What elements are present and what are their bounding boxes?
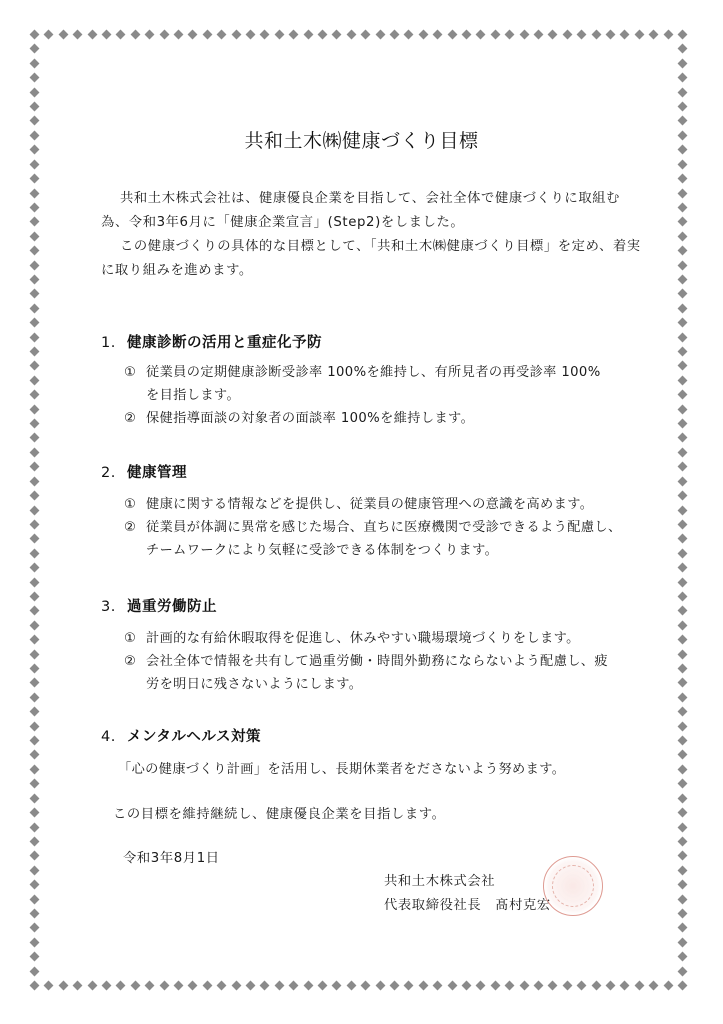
diamond-icon <box>678 736 688 746</box>
closing-statement: この目標を維持継続し、健康優良企業を目指します。 <box>113 803 445 822</box>
diamond-icon <box>462 30 472 40</box>
diamond-icon <box>30 188 40 198</box>
diamond-icon <box>548 981 558 991</box>
diamond-icon <box>418 30 428 40</box>
diamond-icon <box>591 981 601 991</box>
item-text: 会社全体で情報を共有して過重労働・時間外勤務にならないよう配慮し、疲 <box>146 654 608 669</box>
diamond-icon <box>678 649 688 659</box>
diamond-icon <box>649 30 659 40</box>
diamond-icon <box>303 30 313 40</box>
diamond-icon <box>30 966 40 976</box>
diamond-icon <box>678 909 688 919</box>
diamond-icon <box>678 102 688 112</box>
diamond-icon <box>318 981 328 991</box>
diamond-icon <box>30 822 40 832</box>
section-title: 過重労働防止 <box>127 599 217 615</box>
diamond-icon <box>346 981 356 991</box>
section-heading-4: 4.メンタルヘルス対策 <box>101 725 261 746</box>
diamond-icon <box>678 721 688 731</box>
diamond-icon <box>649 981 659 991</box>
diamond-icon <box>30 764 40 774</box>
diamond-icon <box>678 851 688 861</box>
diamond-icon <box>390 30 400 40</box>
diamond-icon <box>30 649 40 659</box>
list-item: ②会社全体で情報を共有して過重労働・時間外勤務にならないよう配慮し、疲 <box>124 650 608 669</box>
issue-date: 令和3年8月1日 <box>123 847 220 866</box>
diamond-icon <box>534 30 544 40</box>
diamond-icon <box>390 981 400 991</box>
diamond-icon <box>562 981 572 991</box>
diamond-icon <box>634 30 644 40</box>
diamond-icon <box>678 44 688 54</box>
diamond-icon <box>87 981 97 991</box>
diamond-icon <box>678 563 688 573</box>
diamond-icon <box>678 505 688 515</box>
section-title: メンタルヘルス対策 <box>127 729 261 745</box>
diamond-icon <box>447 30 457 40</box>
diamond-icon <box>260 30 270 40</box>
intro-line-2: 為、令和3年6月に「健康企業宣言」(Step2)をしました。 <box>101 211 464 230</box>
diamond-icon <box>231 30 241 40</box>
diamond-icon <box>102 30 112 40</box>
diamond-icon <box>217 981 227 991</box>
section-number: 2. <box>101 465 127 481</box>
section-number: 3. <box>101 599 127 615</box>
diamond-icon <box>30 736 40 746</box>
diamond-icon <box>678 519 688 529</box>
diamond-icon <box>505 30 515 40</box>
diamond-icon <box>73 30 83 40</box>
diamond-icon <box>30 937 40 947</box>
diamond-icon <box>289 981 299 991</box>
diamond-icon <box>476 981 486 991</box>
intro-line-4: に取り組みを進めます。 <box>101 259 253 278</box>
diamond-icon <box>678 275 688 285</box>
diamond-icon <box>620 30 630 40</box>
diamond-icon <box>678 58 688 68</box>
diamond-icon <box>30 851 40 861</box>
diamond-icon <box>678 779 688 789</box>
diamond-icon <box>30 678 40 688</box>
diamond-icon <box>44 30 54 40</box>
diamond-icon <box>30 836 40 846</box>
diamond-icon <box>634 981 644 991</box>
diamond-icon <box>30 707 40 717</box>
section-heading-1: 1.健康診断の活用と重症化予防 <box>101 331 322 352</box>
diamond-icon <box>678 202 688 212</box>
section-body: 「心の健康づくり計画」を活用し、長期休業者をださないよう努めます。 <box>118 758 565 777</box>
diamond-icon <box>30 865 40 875</box>
diamond-icon <box>678 30 688 40</box>
circled-number: ② <box>124 654 146 669</box>
diamond-icon <box>30 519 40 529</box>
list-item-continuation: 労を明日に残さないようにします。 <box>146 673 362 692</box>
diamond-icon <box>678 750 688 760</box>
diamond-icon <box>678 620 688 630</box>
diamond-icon <box>678 880 688 890</box>
diamond-icon <box>30 433 40 443</box>
circled-number: ① <box>124 631 146 646</box>
diamond-icon <box>87 30 97 40</box>
diamond-icon <box>130 30 140 40</box>
diamond-icon <box>30 116 40 126</box>
diamond-icon <box>678 419 688 429</box>
list-item: ①計画的な有給休暇取得を促進し、休みやすい職場環境づくりをします。 <box>124 627 580 646</box>
diamond-icon <box>678 476 688 486</box>
diamond-icon <box>30 73 40 83</box>
diamond-icon <box>30 981 40 991</box>
diamond-icon <box>678 217 688 227</box>
diamond-icon <box>433 981 443 991</box>
diamond-icon <box>30 721 40 731</box>
diamond-icon <box>678 404 688 414</box>
diamond-icon <box>678 174 688 184</box>
diamond-icon <box>375 981 385 991</box>
diamond-icon <box>246 981 256 991</box>
diamond-icon <box>418 981 428 991</box>
diamond-icon <box>476 30 486 40</box>
intro-line-1: 共和土木株式会社は、健康優良企業を目指して、会社全体で健康づくりに取組む <box>120 187 620 206</box>
diamond-icon <box>678 303 688 313</box>
diamond-icon <box>606 30 616 40</box>
diamond-icon <box>678 808 688 818</box>
item-text: 従業員が体調に異常を感じた場合、直ちに医療機関で受診できるよう配慮し、 <box>146 520 622 535</box>
diamond-icon <box>30 419 40 429</box>
diamond-icon <box>30 894 40 904</box>
diamond-icon <box>562 30 572 40</box>
diamond-icon <box>174 981 184 991</box>
circled-number: ① <box>124 365 146 380</box>
diamond-icon <box>289 30 299 40</box>
section-title: 健康管理 <box>127 465 187 481</box>
diamond-icon <box>30 246 40 256</box>
diamond-icon <box>30 635 40 645</box>
intro-line-3: この健康づくりの具体的な目標として、「共和土木㈱健康づくり目標」を定め、着実 <box>120 235 641 254</box>
diamond-icon <box>620 981 630 991</box>
diamond-icon <box>678 865 688 875</box>
circled-number: ② <box>124 520 146 535</box>
diamond-icon <box>490 30 500 40</box>
diamond-icon <box>678 390 688 400</box>
diamond-icon <box>30 159 40 169</box>
diamond-icon <box>30 58 40 68</box>
diamond-icon <box>30 390 40 400</box>
diamond-icon <box>505 981 515 991</box>
diamond-icon <box>591 30 601 40</box>
diamond-icon <box>678 952 688 962</box>
diamond-icon <box>678 793 688 803</box>
item-text: 健康に関する情報などを提供し、従業員の健康管理への意識を高めます。 <box>146 497 593 512</box>
diamond-icon <box>231 981 241 991</box>
diamond-icon <box>116 30 126 40</box>
list-item: ①従業員の定期健康診断受診率 100%を維持し、有所見者の再受診率 100% <box>124 361 601 380</box>
signatory: 代表取締役社長 髙村克宏 <box>384 894 551 913</box>
diamond-icon <box>58 981 68 991</box>
section-number: 4. <box>101 729 127 745</box>
diamond-icon <box>678 534 688 544</box>
diamond-icon <box>30 779 40 789</box>
diamond-icon <box>30 491 40 501</box>
circled-number: ② <box>124 411 146 426</box>
page-title: 共和土木㈱健康づくり目標 <box>0 126 723 153</box>
diamond-icon <box>678 433 688 443</box>
diamond-icon <box>202 30 212 40</box>
diamond-icon <box>678 188 688 198</box>
diamond-icon <box>30 793 40 803</box>
list-item: ②従業員が体調に異常を感じた場合、直ちに医療機関で受診できるよう配慮し、 <box>124 516 622 535</box>
diamond-icon <box>678 577 688 587</box>
diamond-icon <box>678 548 688 558</box>
diamond-icon <box>30 404 40 414</box>
diamond-icon <box>30 231 40 241</box>
diamond-icon <box>332 981 342 991</box>
diamond-icon <box>663 981 673 991</box>
diamond-icon <box>44 981 54 991</box>
diamond-icon <box>606 981 616 991</box>
diamond-icon <box>678 347 688 357</box>
diamond-icon <box>678 981 688 991</box>
diamond-icon <box>678 894 688 904</box>
diamond-icon <box>678 635 688 645</box>
diamond-icon <box>274 30 284 40</box>
diamond-icon <box>678 332 688 342</box>
diamond-icon <box>30 692 40 702</box>
section-number: 1. <box>101 335 127 351</box>
diamond-icon <box>30 606 40 616</box>
circled-number: ① <box>124 497 146 512</box>
diamond-icon <box>188 30 198 40</box>
company-seal-stamp <box>543 856 603 916</box>
diamond-icon <box>30 303 40 313</box>
diamond-icon <box>30 476 40 486</box>
diamond-icon <box>346 30 356 40</box>
list-item-continuation: を目指します。 <box>146 384 240 403</box>
diamond-icon <box>145 30 155 40</box>
diamond-icon <box>159 981 169 991</box>
diamond-icon <box>678 231 688 241</box>
diamond-icon <box>30 275 40 285</box>
diamond-icon <box>188 981 198 991</box>
diamond-icon <box>678 260 688 270</box>
diamond-icon <box>404 30 414 40</box>
diamond-icon <box>30 923 40 933</box>
diamond-icon <box>30 447 40 457</box>
diamond-border <box>0 0 723 1024</box>
diamond-icon <box>678 606 688 616</box>
diamond-icon <box>30 375 40 385</box>
diamond-icon <box>332 30 342 40</box>
item-text: 従業員の定期健康診断受診率 100%を維持し、有所見者の再受診率 100% <box>146 365 601 380</box>
diamond-icon <box>678 246 688 256</box>
diamond-icon <box>490 981 500 991</box>
diamond-icon <box>30 289 40 299</box>
diamond-icon <box>678 462 688 472</box>
diamond-icon <box>30 563 40 573</box>
diamond-icon <box>678 116 688 126</box>
diamond-icon <box>534 981 544 991</box>
diamond-icon <box>548 30 558 40</box>
diamond-icon <box>577 30 587 40</box>
diamond-icon <box>30 534 40 544</box>
diamond-icon <box>30 260 40 270</box>
diamond-icon <box>30 952 40 962</box>
diamond-icon <box>678 592 688 602</box>
diamond-icon <box>361 981 371 991</box>
diamond-icon <box>145 981 155 991</box>
diamond-icon <box>130 981 140 991</box>
diamond-icon <box>30 87 40 97</box>
diamond-icon <box>174 30 184 40</box>
diamond-icon <box>246 30 256 40</box>
diamond-icon <box>678 692 688 702</box>
diamond-icon <box>260 981 270 991</box>
diamond-icon <box>30 664 40 674</box>
diamond-icon <box>462 981 472 991</box>
diamond-icon <box>217 30 227 40</box>
diamond-icon <box>30 30 40 40</box>
company-name: 共和土木株式会社 <box>384 870 495 889</box>
section-heading-2: 2.健康管理 <box>101 461 187 482</box>
diamond-icon <box>30 577 40 587</box>
diamond-icon <box>678 361 688 371</box>
diamond-icon <box>361 30 371 40</box>
diamond-icon <box>678 159 688 169</box>
diamond-icon <box>678 664 688 674</box>
diamond-icon <box>30 44 40 54</box>
section-title: 健康診断の活用と重症化予防 <box>127 335 322 351</box>
diamond-icon <box>30 332 40 342</box>
diamond-icon <box>303 981 313 991</box>
diamond-icon <box>678 836 688 846</box>
diamond-icon <box>274 981 284 991</box>
diamond-icon <box>30 202 40 212</box>
diamond-icon <box>577 981 587 991</box>
diamond-icon <box>30 548 40 558</box>
diamond-icon <box>30 102 40 112</box>
diamond-icon <box>678 707 688 717</box>
diamond-icon <box>30 592 40 602</box>
item-text: 保健指導面談の対象者の面談率 100%を維持します。 <box>146 411 474 426</box>
diamond-icon <box>678 73 688 83</box>
diamond-icon <box>318 30 328 40</box>
diamond-icon <box>30 361 40 371</box>
diamond-icon <box>116 981 126 991</box>
diamond-icon <box>447 981 457 991</box>
diamond-icon <box>678 966 688 976</box>
diamond-icon <box>678 87 688 97</box>
section-heading-3: 3.過重労働防止 <box>101 595 217 616</box>
diamond-icon <box>30 505 40 515</box>
diamond-icon <box>102 981 112 991</box>
diamond-icon <box>30 909 40 919</box>
diamond-icon <box>159 30 169 40</box>
diamond-icon <box>375 30 385 40</box>
diamond-icon <box>663 30 673 40</box>
list-item: ①健康に関する情報などを提供し、従業員の健康管理への意識を高めます。 <box>124 493 593 512</box>
diamond-icon <box>30 750 40 760</box>
diamond-icon <box>678 937 688 947</box>
list-item-continuation: チームワークにより気軽に受診できる体制をつくります。 <box>146 539 498 558</box>
diamond-icon <box>404 981 414 991</box>
diamond-icon <box>30 462 40 472</box>
diamond-icon <box>678 318 688 328</box>
diamond-icon <box>202 981 212 991</box>
diamond-icon <box>519 30 529 40</box>
list-item: ②保健指導面談の対象者の面談率 100%を維持します。 <box>124 407 474 426</box>
diamond-icon <box>30 880 40 890</box>
diamond-icon <box>678 764 688 774</box>
diamond-icon <box>58 30 68 40</box>
diamond-icon <box>30 318 40 328</box>
diamond-icon <box>433 30 443 40</box>
diamond-icon <box>678 375 688 385</box>
diamond-icon <box>519 981 529 991</box>
diamond-icon <box>30 174 40 184</box>
diamond-icon <box>678 678 688 688</box>
diamond-icon <box>30 347 40 357</box>
item-text: 計画的な有給休暇取得を促進し、休みやすい職場環境づくりをします。 <box>146 631 580 646</box>
diamond-icon <box>30 217 40 227</box>
diamond-icon <box>678 491 688 501</box>
diamond-icon <box>30 620 40 630</box>
diamond-icon <box>678 822 688 832</box>
diamond-icon <box>678 289 688 299</box>
diamond-icon <box>678 923 688 933</box>
diamond-icon <box>678 447 688 457</box>
diamond-icon <box>30 808 40 818</box>
diamond-icon <box>73 981 83 991</box>
